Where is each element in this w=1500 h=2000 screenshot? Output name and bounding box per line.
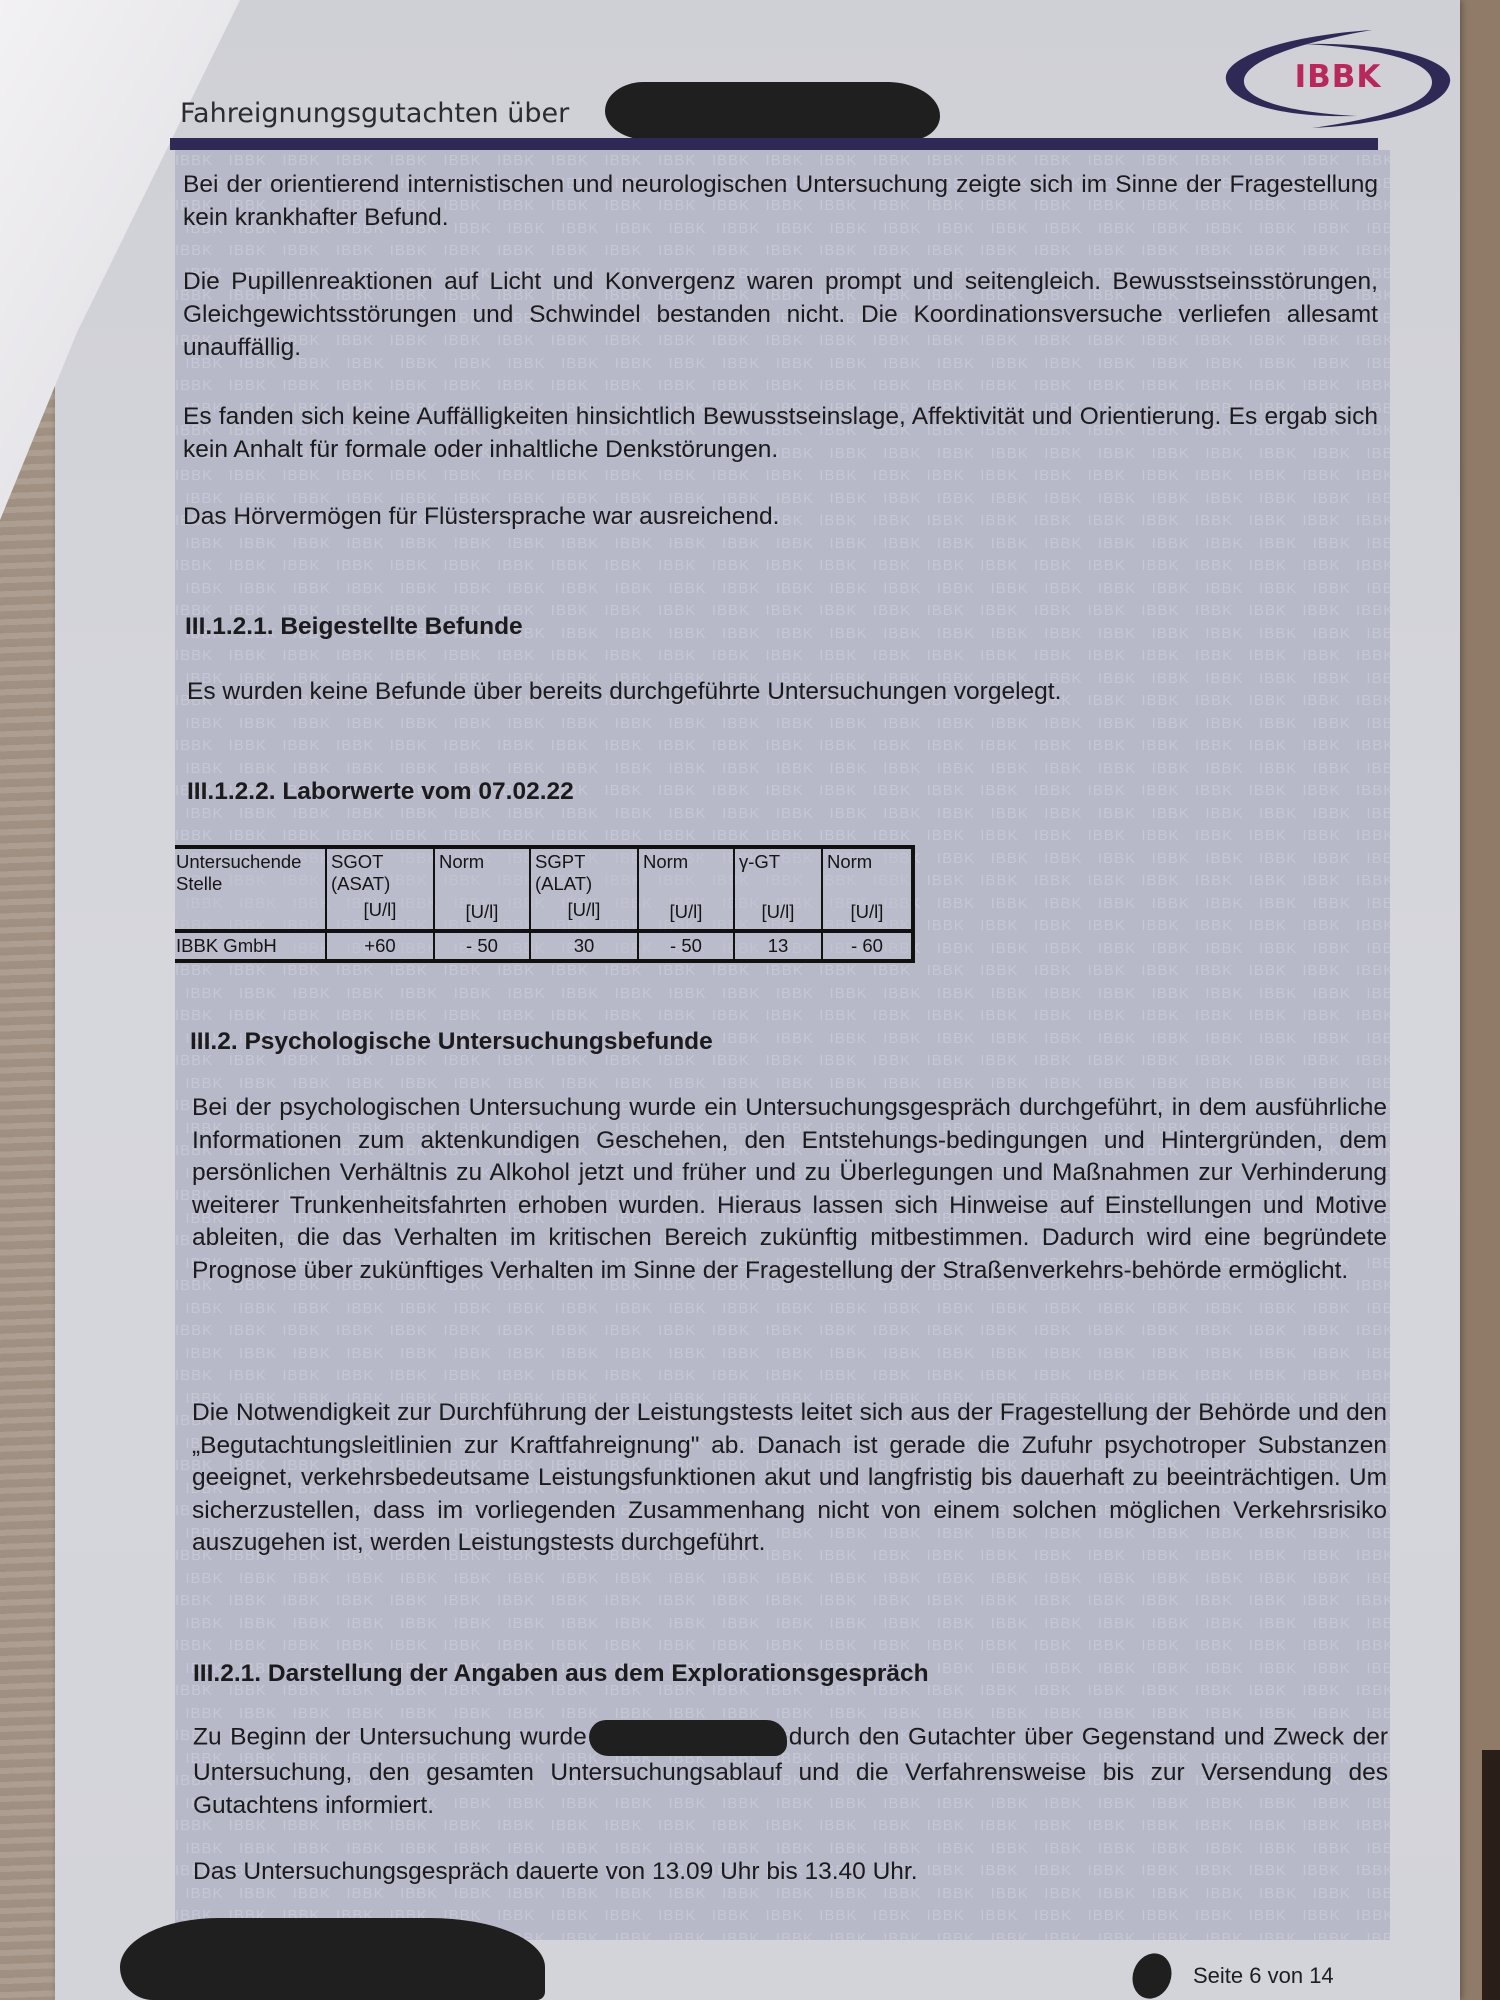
header-label: Norm <box>643 851 729 897</box>
header-unit: [U/l] <box>643 901 729 923</box>
lab-table-row: IBBK GmbH+60- 5030- 5013- 60 <box>175 931 913 961</box>
paragraph-exploration-intro: Zu Beginn der Untersuchung wurdedurch de… <box>193 1720 1388 1822</box>
lab-table-header-row: Untersuchende StelleSGOT (ASAT)[U/l]Norm… <box>175 847 913 931</box>
lab-values-table: Untersuchende StelleSGOT (ASAT)[U/l]Norm… <box>175 845 915 963</box>
header-bar <box>170 138 1378 150</box>
lab-table-header-cell: Norm[U/l] <box>638 847 734 931</box>
lab-table-header-cell: SGOT (ASAT)[U/l] <box>326 847 434 931</box>
wood-background-right <box>1460 0 1500 2000</box>
paragraph-hearing: Das Hörvermögen für Flüstersprache war a… <box>183 500 1378 533</box>
lab-table-header-cell: SGPT (ALAT)[U/l] <box>530 847 638 931</box>
redaction-header-name <box>605 82 940 140</box>
heading-exploration: III.2.1. Darstellung der Angaben aus dem… <box>193 1660 929 1688</box>
lab-table-cell: +60 <box>326 931 434 961</box>
redaction-person-name <box>589 1720 787 1756</box>
lab-table-cell: - 50 <box>434 931 530 961</box>
header-label: SGOT (ASAT) <box>331 851 429 895</box>
lab-table-cell: - 60 <box>822 931 913 961</box>
heading-laborwerte: III.1.2.2. Laborwerte vom 07.02.22 <box>187 778 574 806</box>
lab-table-header-cell: Untersuchende Stelle <box>175 847 326 931</box>
lab-table-header-cell: Norm[U/l] <box>822 847 913 931</box>
paragraph-psych-examination: Bei der psychologischen Untersuchung wur… <box>192 1092 1387 1287</box>
paragraph-consciousness: Es fanden sich keine Auffälligkeiten hin… <box>183 400 1378 466</box>
lab-table-cell: 13 <box>734 931 822 961</box>
heading-psychologische-befunde: III.2. Psychologische Untersuchungsbefun… <box>190 1028 713 1056</box>
redaction-footer <box>120 1918 545 2000</box>
lab-table-cell: IBBK GmbH <box>175 931 326 961</box>
heading-beigestellte-befunde: III.1.2.1. Beigestellte Befunde <box>185 613 523 641</box>
lab-table-cell: - 50 <box>638 931 734 961</box>
header-unit: [U/l] <box>331 899 429 921</box>
paragraph-beigestellte: Es wurden keine Befunde über bereits dur… <box>187 675 1382 708</box>
header-label: Norm <box>827 851 907 897</box>
page-number: Seite 6 von 14 <box>1193 1963 1334 1989</box>
header-label: γ-GT <box>739 851 817 897</box>
lab-table-header-cell: γ-GT[U/l] <box>734 847 822 931</box>
paragraph-performance-tests: Die Notwendigkeit zur Durchführung der L… <box>192 1397 1387 1560</box>
header-label: SGPT (ALAT) <box>535 851 633 895</box>
paragraph-duration: Das Untersuchungsgespräch dauerte von 13… <box>193 1855 1388 1888</box>
lab-table-cell: 30 <box>530 931 638 961</box>
paragraph-internistic: Bei der orientierend internistischen und… <box>183 168 1378 234</box>
header-unit: [U/l] <box>535 899 633 921</box>
logo-text: IBBK <box>1222 59 1454 95</box>
header-unit: [U/l] <box>827 901 907 923</box>
header-label: Norm <box>439 851 525 897</box>
ibbk-logo: IBBK <box>1222 28 1454 130</box>
document-header-title: Fahreignungsgutachten über <box>180 98 569 129</box>
document-body: IBBK IBBK IBBK IBBK IBBK IBBK IBBK IBBK … <box>175 150 1390 1940</box>
header-label: Untersuchende Stelle <box>176 851 306 895</box>
dark-edge <box>1482 1750 1500 2000</box>
exploration-text-before: Zu Beginn der Untersuchung wurde <box>193 1723 587 1750</box>
header-unit: [U/l] <box>439 901 525 923</box>
header-unit: [U/l] <box>739 901 817 923</box>
paragraph-pupils: Die Pupillenreaktionen auf Licht und Kon… <box>183 265 1378 364</box>
lab-table-header-cell: Norm[U/l] <box>434 847 530 931</box>
